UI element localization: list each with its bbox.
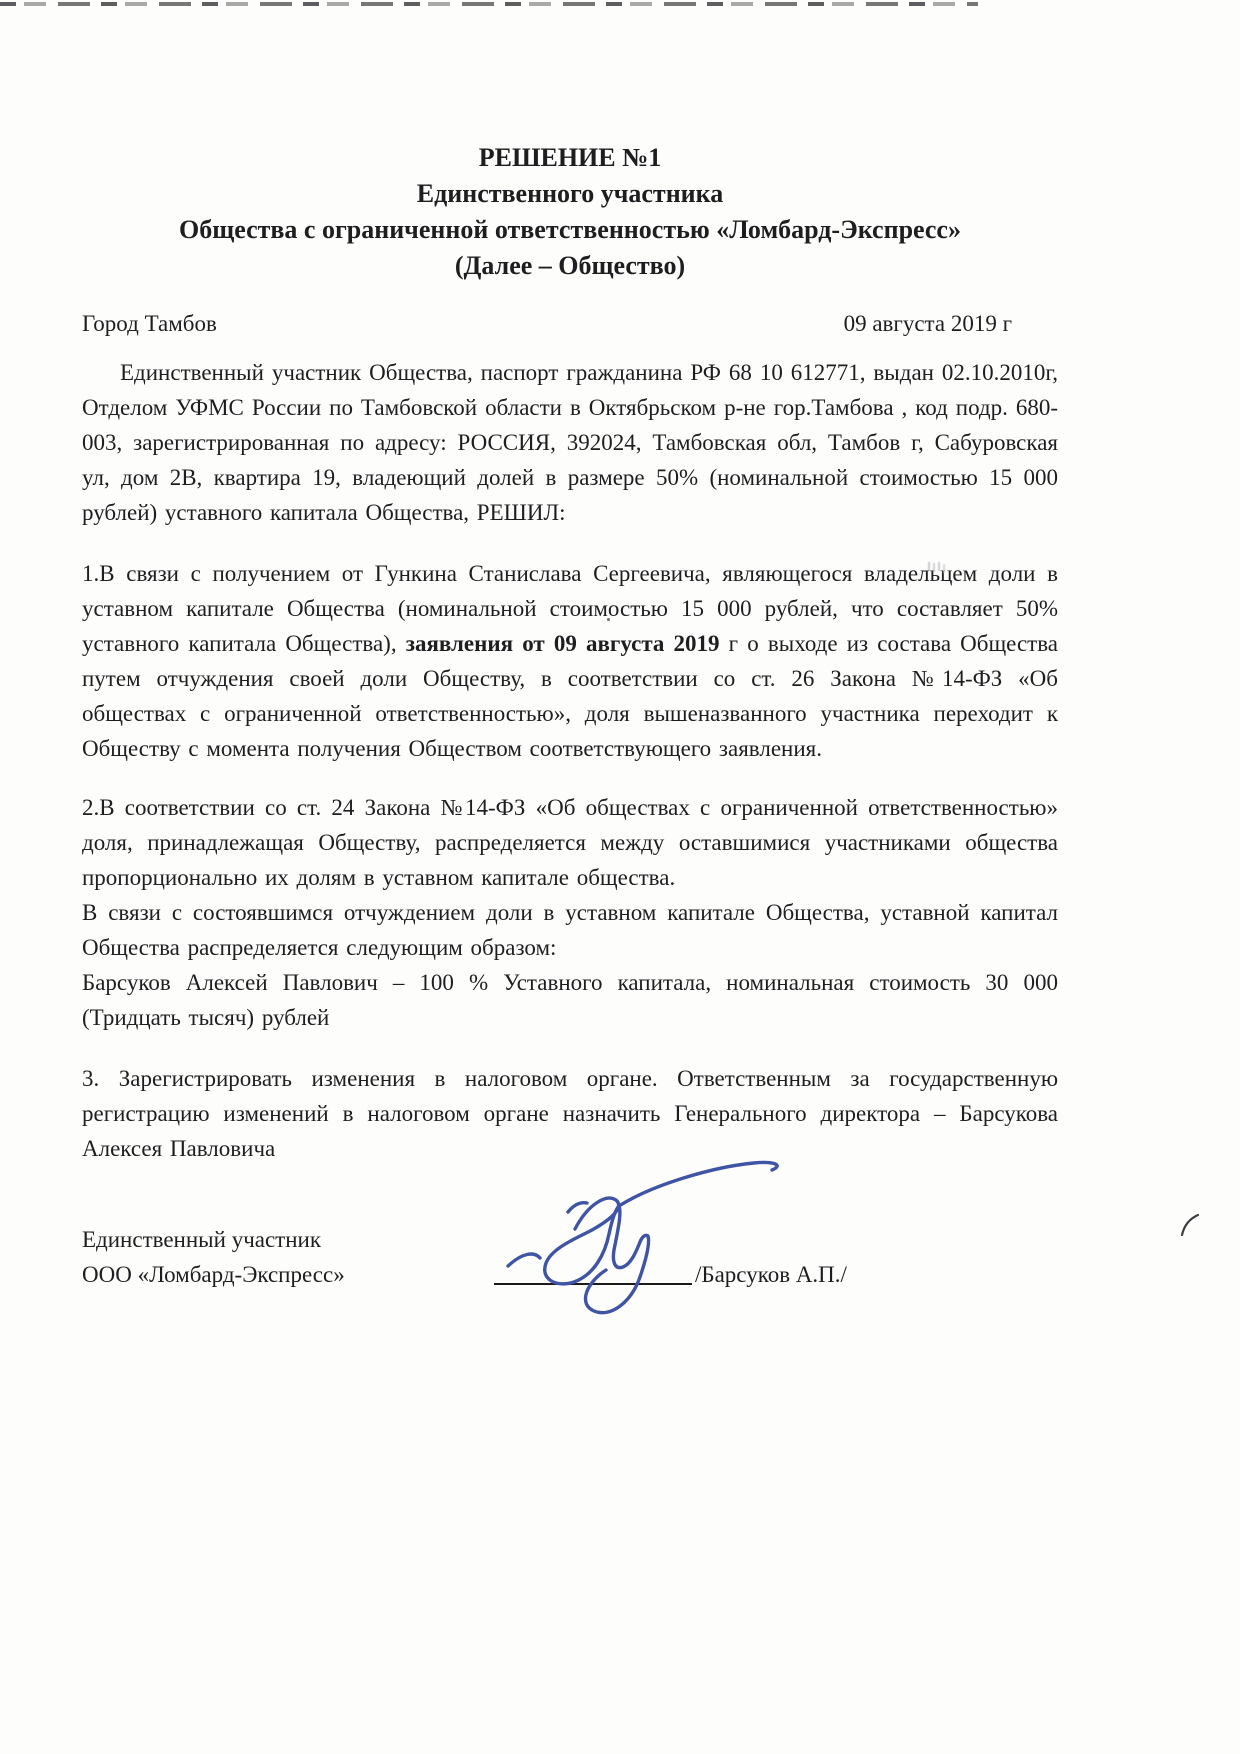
document-title: РЕШЕНИЕ №1 Единственного участника Общес… xyxy=(82,140,1058,284)
title-line-sole-participant: Единственного участника xyxy=(82,176,1058,212)
signature-line-group: /Барсуков А.П./ xyxy=(494,1257,847,1292)
signature-block: Единственный участник ООО «Ломбард-Экспр… xyxy=(82,1222,1058,1292)
pen-mark-artifact xyxy=(1178,1212,1202,1238)
date-label: 09 августа 2019 г xyxy=(844,306,1012,341)
scan-dot-artifact xyxy=(836,710,838,712)
scanned-document-page: РЕШЕНИЕ №1 Единственного участника Общес… xyxy=(0,0,1240,1754)
signature-line xyxy=(494,1283,692,1285)
capital-distribution-paragraph: В связи с состоявшимся отчуждением доли … xyxy=(82,895,1058,965)
scan-edge-artifact xyxy=(0,2,978,6)
title-line-company-name: Общества с ограниченной ответственностью… xyxy=(82,212,1058,248)
title-line-decision-number: РЕШЕНИЕ №1 xyxy=(82,140,1058,176)
document-content: РЕШЕНИЕ №1 Единственного участника Общес… xyxy=(0,0,1240,1292)
title-line-hereinafter: (Далее – Общество) xyxy=(82,248,1058,284)
scan-dot-artifact xyxy=(607,618,610,621)
city-label: Город Тамбов xyxy=(82,306,217,341)
resolution-item-3: 3. Зарегистрировать изменения в налогово… xyxy=(82,1061,1058,1166)
preamble-paragraph: Единственный участник Общества, паспорт … xyxy=(82,355,1058,530)
signatory-role-line-1: Единственный участник xyxy=(82,1222,1058,1257)
scan-smudge-artifact xyxy=(928,562,930,571)
signatory-name: /Барсуков А.П./ xyxy=(695,1262,847,1287)
item1-bold-application-date: заявления от 09 августа 2019 xyxy=(406,631,720,656)
meta-row: Город Тамбов 09 августа 2019 г xyxy=(82,306,1058,341)
resolution-item-2: 2.В соответствии со ст. 24 Закона №14-ФЗ… xyxy=(82,790,1058,895)
allocation-paragraph: Барсуков Алексей Павлович – 100 % Уставн… xyxy=(82,965,1058,1035)
resolution-item-1: 1.В связи с получением от Гункина Станис… xyxy=(82,556,1058,766)
